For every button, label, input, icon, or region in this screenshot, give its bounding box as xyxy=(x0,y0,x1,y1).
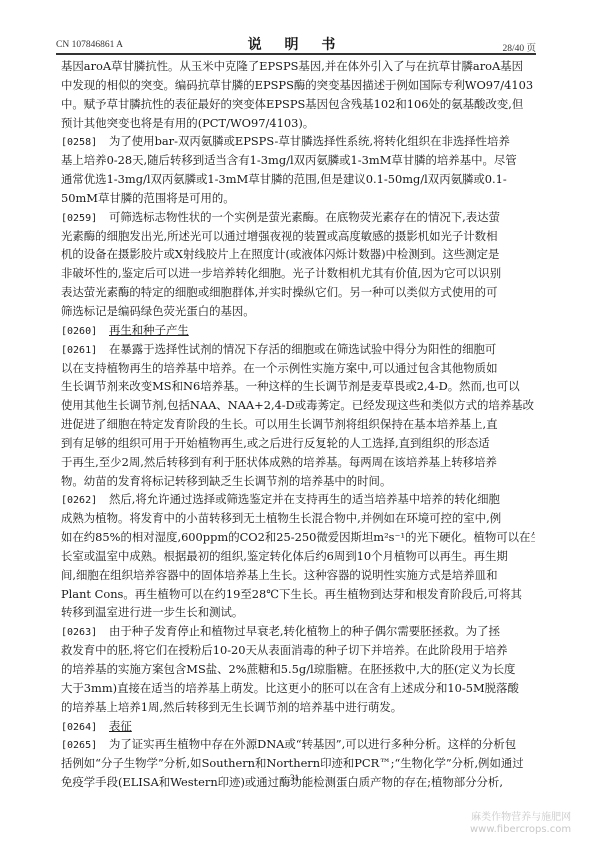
text-line: 中。赋予草甘膦抗性的表征最好的突变体EPSPS基因包含残基102和106处的氨基… xyxy=(61,95,535,114)
text-line: 使用其他生长调节剂,包括NAA、NAA+2,4-D或毒莠定。已经发现这些和类似方… xyxy=(61,396,535,415)
line-text: 间,细胞在组织培养容器中的固体培养基上生长。这种容器的说明性实施方式是培养皿和 xyxy=(61,568,497,582)
text-line: 光素酶的细胞发出光,所述光可以通过增强夜视的装置或高度敏感的摄影机如光子计数相 xyxy=(61,227,535,246)
text-line: 筛选标记是编码绿色荧光蛋白的基因。 xyxy=(61,302,535,321)
text-line: 预计其他突变也将是有用的(PCT/WO97/4103)。 xyxy=(61,114,535,133)
line-text: 筛选标记是编码绿色荧光蛋白的基因。 xyxy=(61,304,255,318)
paragraph-number: [0258] xyxy=(61,134,109,151)
line-text: 于再生,至少2周,然后转移到有利于胚状体成熟的培养基。每两周在该培养基上转移培养 xyxy=(61,455,497,469)
text-line: Plant Cons。再生植物可以在约19至28℃下生长。再生植物到达芽和根发育… xyxy=(61,585,535,604)
line-text: 如在约85%的相对湿度,600ppm的CO2和25-250微爱因斯坦m²s⁻¹的… xyxy=(61,530,535,544)
text-line: [0265]为了证实再生植物中存在外源DNA或“转基因”,可以进行多种分析。这样… xyxy=(61,735,535,754)
text-line: 表达萤光素酶的特定的细胞或细胞群体,并实时操纵它们。另一种可以类似方式使用的可 xyxy=(61,283,535,302)
line-text: 免疫学手段(ELISA和Western印迹)或通过酶功能检测蛋白质产物的存在;植… xyxy=(61,775,503,789)
text-line: 如在约85%的相对湿度,600ppm的CO2和25-250微爱因斯坦m²s⁻¹的… xyxy=(61,528,535,547)
text-line: [0263]由于种子发育停止和植物过早衰老,转化植物上的种子偶尔需要胚拯救。为了… xyxy=(61,622,535,641)
line-text: 的培养基上培养1周,然后转移到无生长调节剂的培养基中进行萌发。 xyxy=(61,700,402,714)
text-line: 救发育中的胚,将它们在授粉后10-20天从表面消毒的种子切下并培养。在此阶段用于… xyxy=(61,641,535,660)
line-text: 可筛选标志物性状的一个实例是萤光素酶。在底物荧光素存在的情况下,表达萤 xyxy=(109,210,500,224)
text-line: 物。幼苗的发育将标记转移到缺乏生长调节剂的培养基中的时间。 xyxy=(61,472,535,491)
paragraph-number: [0261] xyxy=(61,342,109,359)
text-line: 基上培养0-28天,随后转移到适当含有1-3mg/l双丙氨膦或1-3mM草甘膦的… xyxy=(61,151,535,170)
paragraph-number: [0259] xyxy=(61,210,109,227)
line-text: 50mM草甘膦的范围将是可用的。 xyxy=(61,191,235,205)
line-text: 由于种子发育停止和植物过早衰老,转化植物上的种子偶尔需要胚拯救。为了拯 xyxy=(109,624,500,638)
page-header: CN 107846861 A 说 明 书 28/40 页 xyxy=(56,36,536,54)
line-text: 中。赋予草甘膦抗性的表征最好的突变体EPSPS基因包含残基102和106处的氨基… xyxy=(61,97,523,111)
line-text: 基上培养0-28天,随后转移到适当含有1-3mg/l双丙氨膦或1-3mM草甘膦的… xyxy=(61,153,517,167)
text-line: 间,细胞在组织培养容器中的固体培养基上生长。这种容器的说明性实施方式是培养皿和 xyxy=(61,566,535,585)
text-line: 于再生,至少2周,然后转移到有利于胚状体成熟的培养基。每两周在该培养基上转移培养 xyxy=(61,453,535,472)
text-line: 的培养基的实施方案包含MS盐、2%蔗糖和5.5g/l琼脂糖。在胚拯救中,大的胚(… xyxy=(61,660,535,679)
paragraph-number: [0263] xyxy=(61,624,109,641)
text-line: 非破坏性的,鉴定后可以进一步培养转化细胞。光子计数相机尤其有价值,因为它可以识别 xyxy=(61,264,535,283)
line-text: 为了使用bar-双丙氨膦或EPSPS-草甘膦选择性系统,将转化组织在非选择性培养 xyxy=(109,134,510,148)
text-line: 括例如“分子生物学”分析,如Southern和Northern印迹和PCR™;“… xyxy=(61,754,535,773)
text-line: [0259]可筛选标志物性状的一个实例是萤光素酶。在底物荧光素存在的情况下,表达… xyxy=(61,208,535,227)
section-heading: 再生和种子产生 xyxy=(109,323,189,337)
paragraph-number: [0265] xyxy=(61,737,109,754)
document-title: 说 明 书 xyxy=(56,34,536,54)
line-text: 光素酶的细胞发出光,所述光可以通过增强夜视的装置或高度敏感的摄影机如光子计数相 xyxy=(61,229,497,243)
line-text: 救发育中的胚,将它们在授粉后10-20天从表面消毒的种子切下并培养。在此阶段用于… xyxy=(61,643,508,657)
text-line: 到有足够的组织可用于开始植物再生,或之后进行反复轮的人工选择,直到组织的形态适 xyxy=(61,434,535,453)
line-text: 的培养基的实施方案包含MS盐、2%蔗糖和5.5g/l琼脂糖。在胚拯救中,大的胚(… xyxy=(61,662,515,676)
text-line: 50mM草甘膦的范围将是可用的。 xyxy=(61,189,535,208)
line-text: 转移到温室进行进一步生长和测试。 xyxy=(61,605,243,619)
line-text: 长室或温室中成熟。根据最初的组织,鉴定转化体后约6周到10个月植物可以再生。再生… xyxy=(61,549,508,563)
line-text: 为了证实再生植物中存在外源DNA或“转基因”,可以进行多种分析。这样的分析包 xyxy=(109,737,516,751)
watermark-url: www.fibercrops.com xyxy=(470,824,571,836)
line-text: 以在支持植物再生的培养基中培养。在一个示例性实施方案中,可以通过包含其他物质如 xyxy=(61,361,497,375)
line-text: Plant Cons。再生植物可以在约19至28℃下生长。再生植物到达芽和根发育… xyxy=(61,587,522,601)
section-heading: 表征 xyxy=(109,719,132,733)
text-line: [0260]再生和种子产生 xyxy=(61,321,535,340)
paragraph-number: [0264] xyxy=(61,719,109,736)
line-text: 在暴露于选择性试剂的情况下存活的细胞或在筛选试验中得分为阳性的细胞可 xyxy=(109,342,496,356)
text-line: 转移到温室进行进一步生长和测试。 xyxy=(61,603,535,622)
text-line: 大于3mm)直接在适当的培养基上萌发。比这更小的胚可以在含有上述成分和10-5M… xyxy=(61,679,535,698)
watermark: 麻类作物营养与施肥网 www.fibercrops.com xyxy=(470,812,571,836)
text-line: [0264]表征 xyxy=(61,717,535,736)
text-line: [0262]然后,将允许通过选择或筛选鉴定并在支持再生的适当培养基中培养的转化细… xyxy=(61,490,535,509)
text-line: 机的设备在摄影胶片或X射线胶片上在照度计(或液体闪烁计数器)中检测到。这些测定是 xyxy=(61,245,535,264)
line-text: 表达萤光素酶的特定的细胞或细胞群体,并实时操纵它们。另一种可以类似方式使用的可 xyxy=(61,285,497,299)
header-rule xyxy=(56,53,536,55)
line-text: 非破坏性的,鉴定后可以进一步培养转化细胞。光子计数相机尤其有价值,因为它可以识别 xyxy=(61,266,501,280)
line-text: 使用其他生长调节剂,包括NAA、NAA+2,4-D或毒莠定。已经发现这些和类似方… xyxy=(61,398,534,412)
line-text: 通常优选1-3mg/l双丙氨膦或1-3mM草甘膦的范围,但是建议0.1-50mg… xyxy=(61,172,507,186)
text-line: [0258]为了使用bar-双丙氨膦或EPSPS-草甘膦选择性系统,将转化组织在… xyxy=(61,132,535,151)
text-line: 中发现的相似的突变。编码抗草甘膦的EPSPS酶的突变基因描述于例如国际专利WO9… xyxy=(61,76,535,95)
document-body: 基因aroA草甘膦抗性。从玉米中克隆了EPSPS基因,并在体外引入了与在抗草甘膦… xyxy=(61,57,535,792)
text-line: 通常优选1-3mg/l双丙氨膦或1-3mM草甘膦的范围,但是建议0.1-50mg… xyxy=(61,170,535,189)
line-text: 到有足够的组织可用于开始植物再生,或之后进行反复轮的人工选择,直到组织的形态适 xyxy=(61,436,490,450)
text-line: 基因aroA草甘膦抗性。从玉米中克隆了EPSPS基因,并在体外引入了与在抗草甘膦… xyxy=(61,57,535,76)
page-number: 31 xyxy=(290,773,299,783)
page-indicator: 28/40 页 xyxy=(502,40,536,54)
line-text: 基因aroA草甘膦抗性。从玉米中克隆了EPSPS基因,并在体外引入了与在抗草甘膦… xyxy=(61,59,523,73)
text-line: 以在支持植物再生的培养基中培养。在一个示例性实施方案中,可以通过包含其他物质如 xyxy=(61,359,535,378)
line-text: 进促进了细胞在特定发育阶段的生长。可以用生长调节剂将组织保持在基本培养基上,直 xyxy=(61,417,497,431)
line-text: 预计其他突变也将是有用的(PCT/WO97/4103)。 xyxy=(61,116,314,130)
line-text: 括例如“分子生物学”分析,如Southern和Northern印迹和PCR™;“… xyxy=(61,756,524,770)
paragraph-number: [0260] xyxy=(61,323,109,340)
text-line: 长室或温室中成熟。根据最初的组织,鉴定转化体后约6周到10个月植物可以再生。再生… xyxy=(61,547,535,566)
line-text: 大于3mm)直接在适当的培养基上萌发。比这更小的胚可以在含有上述成分和10-5M… xyxy=(61,681,519,695)
paragraph-number: [0262] xyxy=(61,492,109,509)
line-text: 然后,将允许通过选择或筛选鉴定并在支持再生的适当培养基中培养的转化细胞 xyxy=(109,492,500,506)
text-line: 进促进了细胞在特定发育阶段的生长。可以用生长调节剂将组织保持在基本培养基上,直 xyxy=(61,415,535,434)
text-line: 的培养基上培养1周,然后转移到无生长调节剂的培养基中进行萌发。 xyxy=(61,698,535,717)
line-text: 机的设备在摄影胶片或X射线胶片上在照度计(或液体闪烁计数器)中检测到。这些测定是 xyxy=(61,247,499,261)
line-text: 物。幼苗的发育将标记转移到缺乏生长调节剂的培养基中的时间。 xyxy=(61,474,391,488)
watermark-title: 麻类作物营养与施肥网 xyxy=(470,812,571,824)
text-line: 生长调节剂来改变MS和N6培养基。一种这样的生长调节剂是麦草畏或2,4-D。然而… xyxy=(61,377,535,396)
text-line: [0261]在暴露于选择性试剂的情况下存活的细胞或在筛选试验中得分为阳性的细胞可 xyxy=(61,340,535,359)
line-text: 生长调节剂来改变MS和N6培养基。一种这样的生长调节剂是麦草畏或2,4-D。然而… xyxy=(61,379,520,393)
line-text: 成熟为植物。将发育中的小苗转移到无土植物生长混合物中,并例如在环境可控的室中,例 xyxy=(61,511,501,525)
text-line: 成熟为植物。将发育中的小苗转移到无土植物生长混合物中,并例如在环境可控的室中,例 xyxy=(61,509,535,528)
line-text: 中发现的相似的突变。编码抗草甘膦的EPSPS酶的突变基因描述于例如国际专利WO9… xyxy=(61,78,533,92)
